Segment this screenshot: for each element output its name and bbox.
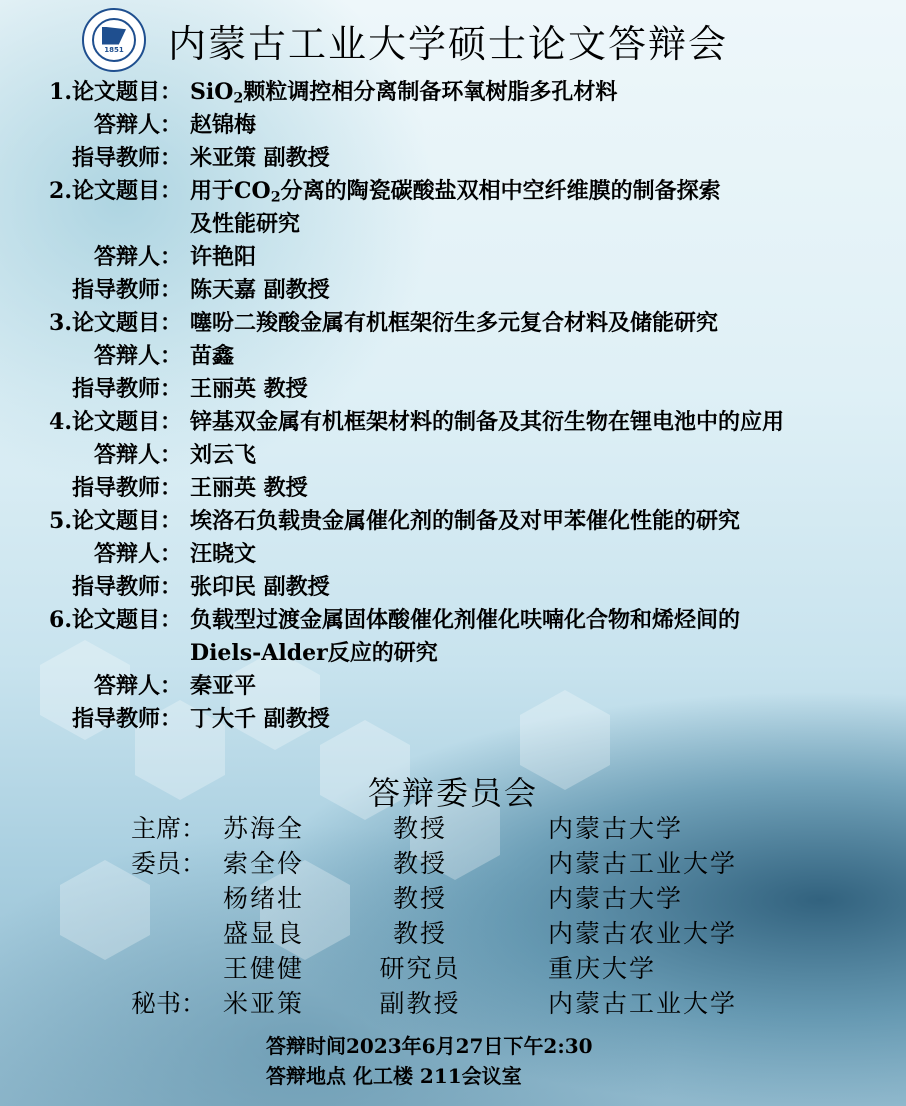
advisor-label: 指导教师： (72, 703, 182, 736)
committee-member-row: 委员： 索全伶 教授 内蒙古工业大学 (0, 847, 906, 881)
member-organization: 内蒙古工业大学 (548, 847, 737, 881)
defender-name: 汪晓文 (190, 538, 256, 571)
advisor-label: 指导教师： (72, 472, 182, 505)
advisor-name: 王丽英 教授 (190, 373, 308, 406)
defender-name: 苗鑫 (190, 340, 234, 373)
member-name: 苏海全 (223, 812, 304, 846)
defense-time: 答辩时间2023年6月27日下午2:30 (266, 1030, 593, 1059)
thesis-title-label: 5.论文题目： (49, 505, 182, 538)
defender-row: 答辩人： 汪晓文 (0, 538, 906, 571)
committee-member-row: 主席： 苏海全 教授 内蒙古大学 (0, 812, 906, 846)
member-organization: 内蒙古工业大学 (548, 987, 737, 1021)
advisor-label: 指导教师： (72, 571, 182, 604)
member-organization: 内蒙古大学 (548, 812, 683, 846)
university-logo: 1851 (82, 8, 146, 72)
logo-emblem-icon: 1851 (92, 18, 136, 62)
member-rank: 教授 (393, 882, 447, 916)
advisor-row: 指导教师： 王丽英 教授 (0, 373, 906, 406)
advisor-name: 丁大千 副教授 (190, 703, 330, 736)
member-name: 王健健 (223, 952, 304, 986)
member-rank: 教授 (393, 812, 447, 846)
defender-label: 答辩人： (94, 241, 182, 274)
thesis-title-label: 1.论文题目： (49, 76, 182, 109)
member-organization: 内蒙古农业大学 (548, 917, 737, 951)
thesis-title-line2: Diels-Alder反应的研究 (190, 637, 438, 670)
defender-label: 答辩人： (94, 538, 182, 571)
thesis-title-label: 3.论文题目： (49, 307, 182, 340)
advisor-name: 王丽英 教授 (190, 472, 308, 505)
flag-icon (102, 27, 126, 45)
thesis-title-row: 4.论文题目： 锌基双金属有机框架材料的制备及其衍生物在锂电池中的应用 (0, 406, 906, 439)
thesis-title-continuation: 及性能研究 (0, 208, 906, 241)
member-role: 主席： (131, 812, 206, 846)
thesis-title-row: 1.论文题目： SiO2颗粒调控相分离制备环氧树脂多孔材料 (0, 76, 906, 109)
defender-row: 答辩人： 苗鑫 (0, 340, 906, 373)
advisor-row: 指导教师： 张印民 副教授 (0, 571, 906, 604)
member-name: 索全伶 (223, 847, 304, 881)
member-rank: 副教授 (379, 987, 460, 1021)
defender-row: 答辩人： 赵锦梅 (0, 109, 906, 142)
defender-name: 许艳阳 (190, 241, 256, 274)
member-organization: 重庆大学 (548, 952, 656, 986)
advisor-row: 指导教师： 王丽英 教授 (0, 472, 906, 505)
member-rank: 教授 (393, 917, 447, 951)
member-rank: 研究员 (379, 952, 460, 986)
defender-row: 答辩人： 秦亚平 (0, 670, 906, 703)
advisor-label: 指导教师： (72, 373, 182, 406)
defense-place: 答辩地点 化工楼 211会议室 (266, 1060, 522, 1089)
committee-member-row: 秘书： 米亚策 副教授 内蒙古工业大学 (0, 987, 906, 1021)
advisor-row: 指导教师： 陈天嘉 副教授 (0, 274, 906, 307)
thesis-title-row: 2.论文题目： 用于CO2分离的陶瓷碳酸盐双相中空纤维膜的制备探索 (0, 175, 906, 208)
defender-row: 答辩人： 刘云飞 (0, 439, 906, 472)
thesis-list: 1.论文题目： SiO2颗粒调控相分离制备环氧树脂多孔材料 答辩人： 赵锦梅 指… (0, 76, 906, 736)
defender-name: 赵锦梅 (190, 109, 256, 142)
advisor-name: 张印民 副教授 (190, 571, 330, 604)
committee-member-row: 王健健 研究员 重庆大学 (0, 952, 906, 986)
member-organization: 内蒙古大学 (548, 882, 683, 916)
member-name: 盛显良 (223, 917, 304, 951)
committee-member-row: 盛显良 教授 内蒙古农业大学 (0, 917, 906, 951)
advisor-name: 陈天嘉 副教授 (190, 274, 330, 307)
defender-label: 答辩人： (94, 670, 182, 703)
member-role: 秘书： (131, 987, 206, 1021)
thesis-title-line2: 及性能研究 (190, 208, 300, 241)
defender-label: 答辩人： (94, 439, 182, 472)
page-title: 内蒙古工业大学硕士论文答辩会 (168, 13, 728, 68)
header: 1851 内蒙古工业大学硕士论文答辩会 (82, 6, 728, 74)
thesis-title-label: 6.论文题目： (49, 604, 182, 637)
defender-name: 秦亚平 (190, 670, 256, 703)
defender-name: 刘云飞 (190, 439, 256, 472)
committee-member-row: 杨绪壮 教授 内蒙古大学 (0, 882, 906, 916)
defender-row: 答辩人： 许艳阳 (0, 241, 906, 274)
committee-title: 答辩委员会 (0, 768, 906, 814)
advisor-label: 指导教师： (72, 142, 182, 175)
advisor-row: 指导教师： 丁大千 副教授 (0, 703, 906, 736)
thesis-title-row: 5.论文题目： 埃洛石负载贵金属催化剂的制备及对甲苯催化性能的研究 (0, 505, 906, 538)
thesis-title-label: 2.论文题目： (49, 175, 182, 208)
member-name: 杨绪壮 (223, 882, 304, 916)
advisor-name: 米亚策 副教授 (190, 142, 330, 175)
member-role: 委员： (131, 847, 206, 881)
thesis-title-label: 4.论文题目： (49, 406, 182, 439)
member-rank: 教授 (393, 847, 447, 881)
logo-year: 1851 (104, 46, 123, 54)
defender-label: 答辩人： (94, 109, 182, 142)
member-name: 米亚策 (223, 987, 304, 1021)
thesis-title-row: 6.论文题目： 负载型过渡金属固体酸催化剂催化呋喃化合物和烯烃间的 (0, 604, 906, 637)
thesis-title-row: 3.论文题目： 噻吩二羧酸金属有机框架衍生多元复合材料及储能研究 (0, 307, 906, 340)
advisor-label: 指导教师： (72, 274, 182, 307)
advisor-row: 指导教师： 米亚策 副教授 (0, 142, 906, 175)
thesis-title-continuation: Diels-Alder反应的研究 (0, 637, 906, 670)
defender-label: 答辩人： (94, 340, 182, 373)
